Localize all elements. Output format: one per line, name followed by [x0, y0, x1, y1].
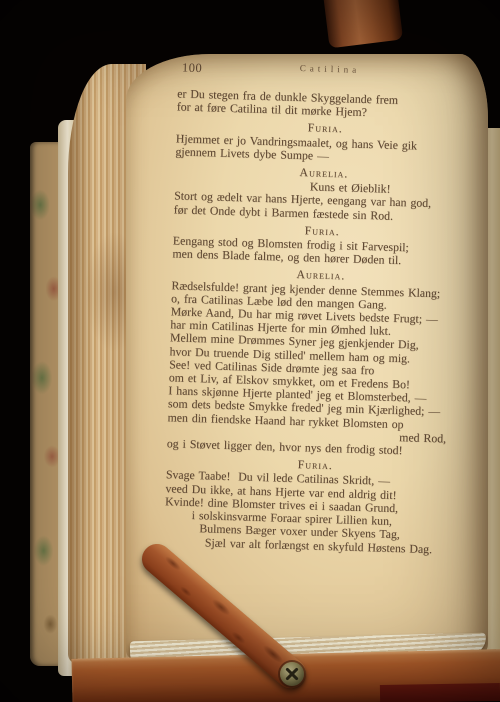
book-photograph: 100 Catilina er Du stegen fra de dunkle …	[0, 0, 500, 702]
screw-head	[280, 662, 304, 686]
running-header: Catilina	[178, 59, 476, 78]
page-text: er Du stegen fra de dunkle Skyggelande f…	[164, 87, 476, 556]
easel-base-shadow	[380, 683, 500, 702]
easel-post	[323, 0, 403, 48]
page-header-row: 100 Catilina	[178, 59, 476, 83]
page-text-area: 100 Catilina er Du stegen fra de dunkle …	[164, 59, 476, 556]
